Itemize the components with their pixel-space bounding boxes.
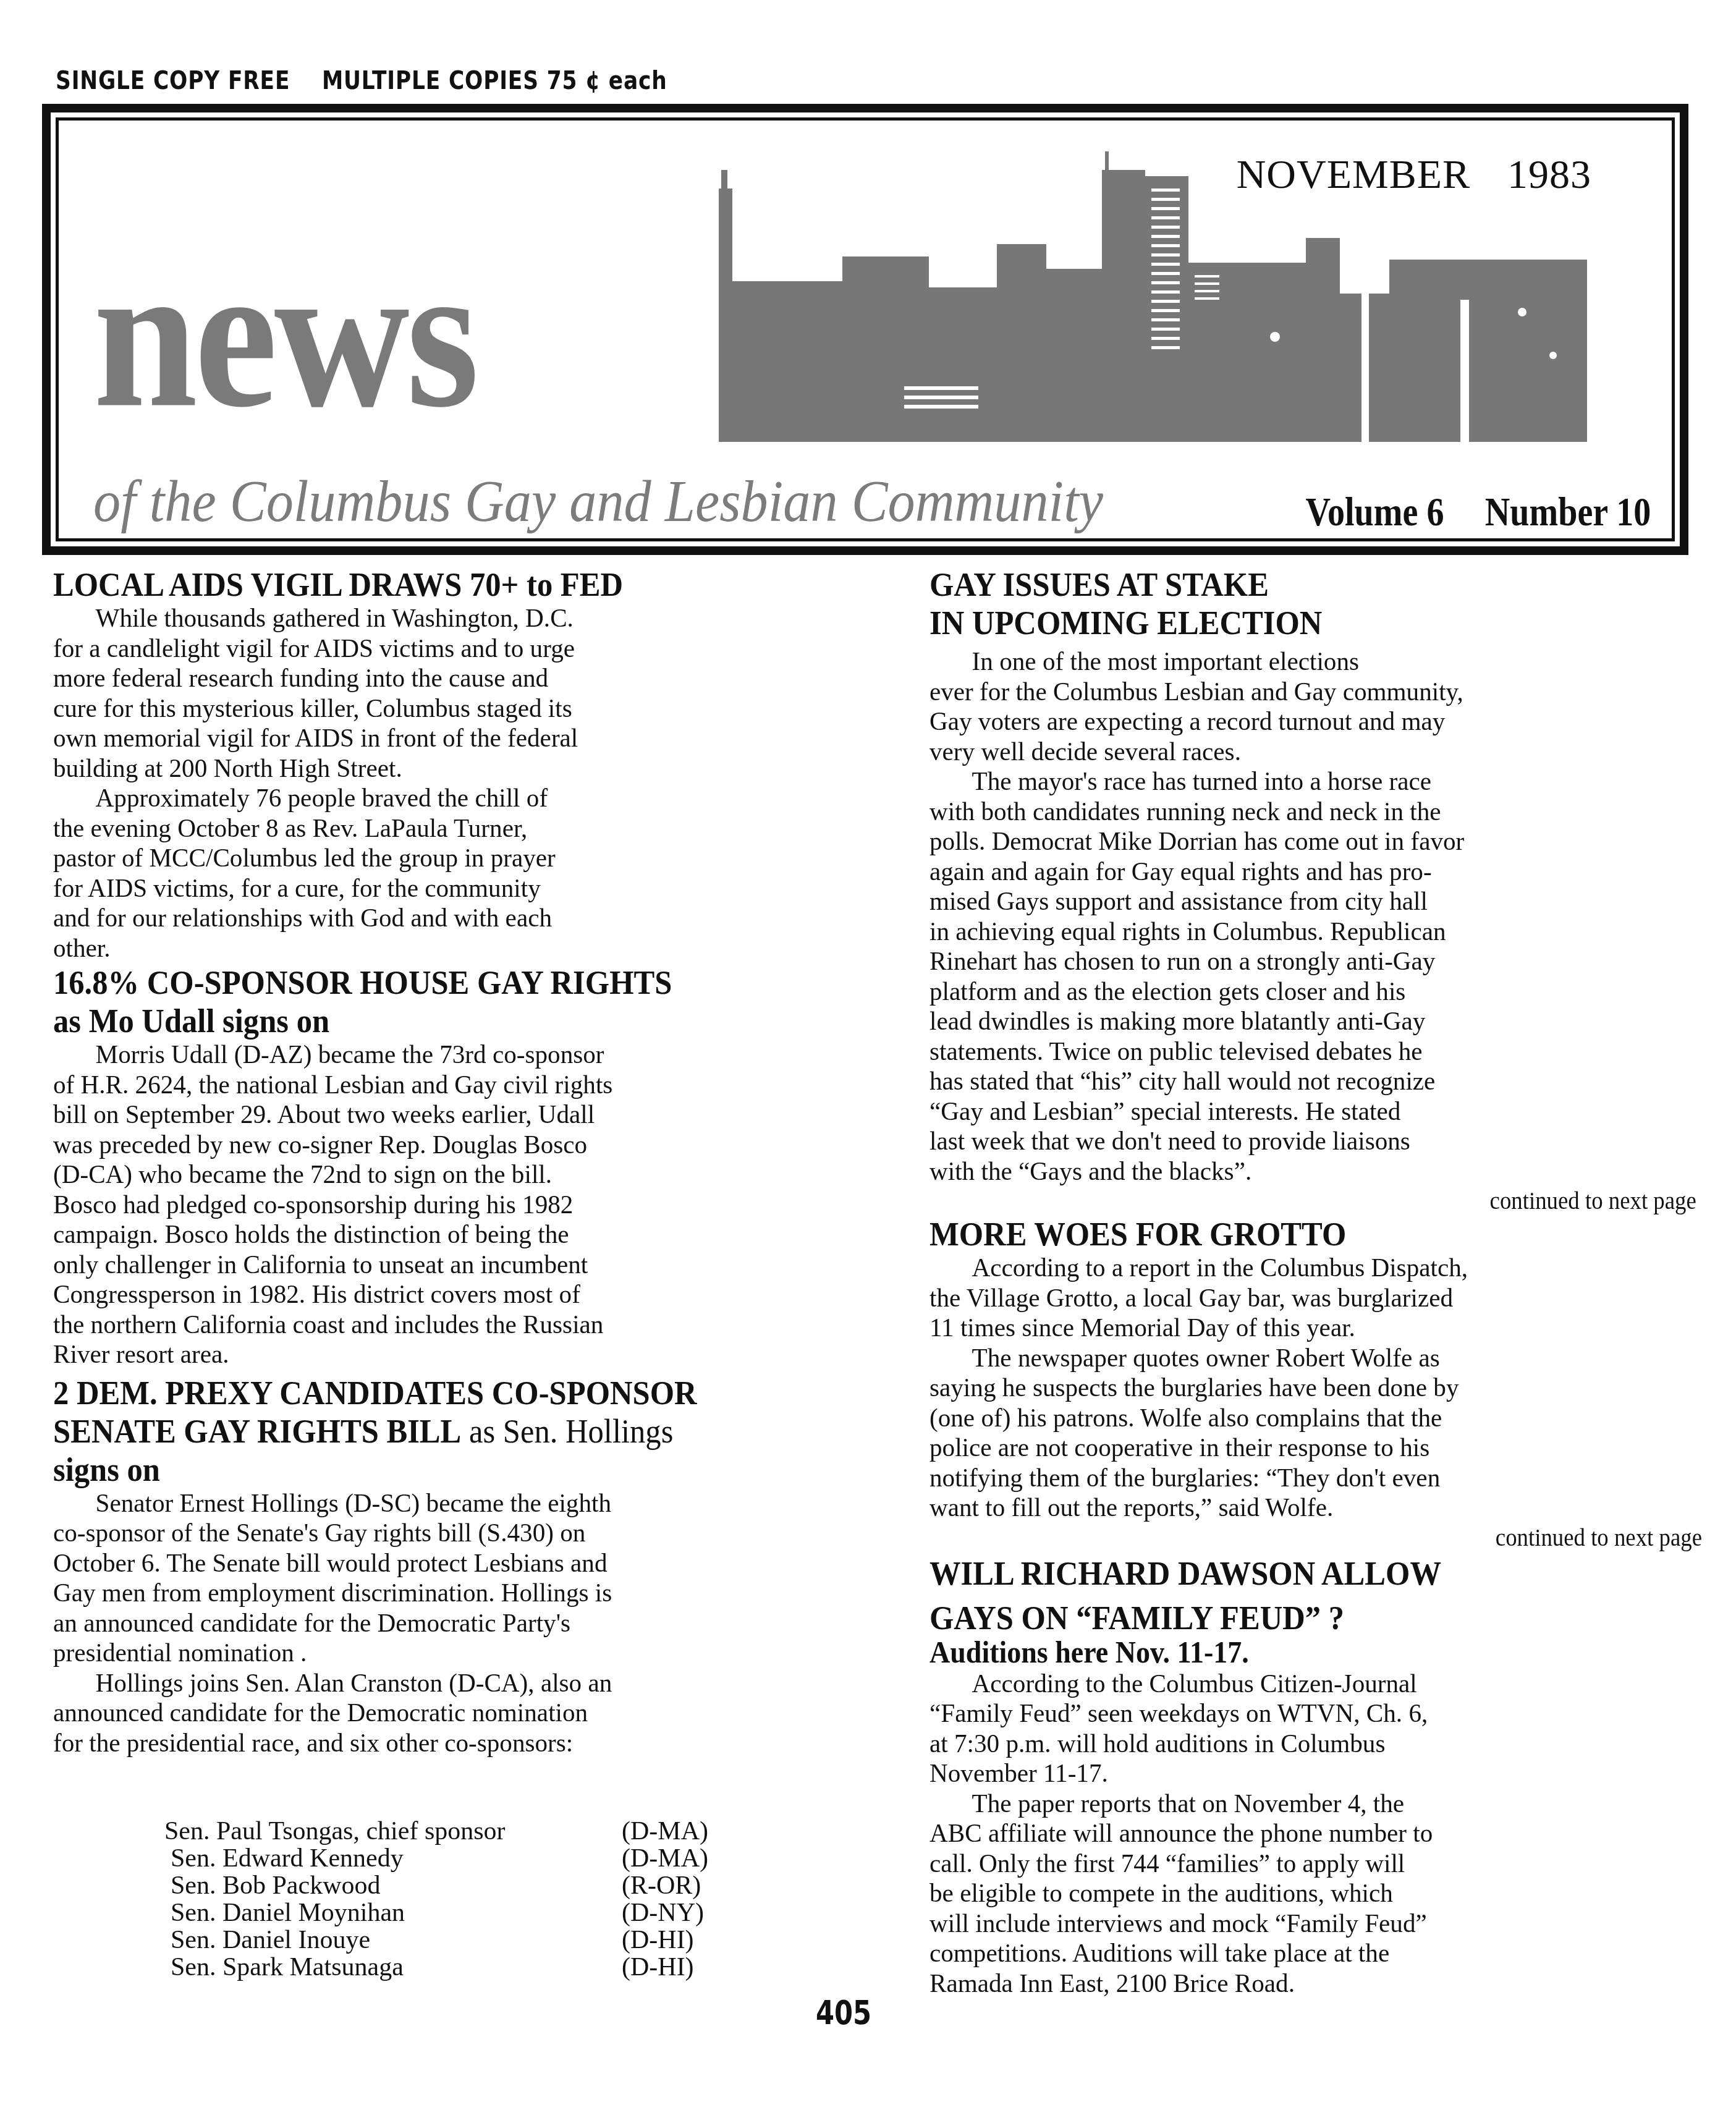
co-sponsor-row: Sen. Daniel Moynihan(D-NY) [164,1899,850,1926]
sponsor-party: (D-MA) [622,1818,745,1845]
text-line: The paper reports that on November 4, th… [929,1789,1687,1820]
text-line: the evening October 8 as Rev. LaPaula Tu… [53,814,834,844]
article-house-gay-rights: 16.8% CO-SPONSOR HOUSE GAY RIGHTS as Mo … [53,964,850,1370]
text-line: presidential nomination . [53,1638,834,1669]
left-column: LOCAL AIDS VIGIL DRAWS 70+ to FED While … [53,566,850,1981]
text-line: The mayor's race has turned into a horse… [929,767,1687,797]
article-headline: WILL RICHARD DAWSON ALLOW [929,1554,1640,1593]
article-headline: 16.8% CO-SPONSOR HOUSE GAY RIGHTS [53,964,787,1002]
text-line: own memorial vigil for AIDS in front of … [53,724,834,754]
text-line: Rinehart has chosen to run on a strongly… [929,947,1687,977]
text-line: lead dwindles is making more blatantly a… [929,1007,1687,1037]
text-line: According to a report in the Columbus Di… [929,1253,1687,1284]
article-paragraph: Senator Ernest Hollings (D-SC) became th… [53,1489,834,1669]
article-headline-line2: as Mo Udall signs on [53,1002,787,1040]
text-line: Hollings joins Sen. Alan Cranston (D-CA)… [53,1669,834,1699]
text-line: (one of) his patrons. Wolfe also complai… [929,1404,1687,1434]
text-line: statements. Twice on public televised de… [929,1037,1687,1067]
continued-link[interactable]: continued to next page [991,1187,1702,1215]
sponsor-name: Sen. Daniel Inouye [164,1926,622,1954]
co-sponsor-row: Sen. Daniel Inouye(D-HI) [164,1926,850,1954]
sponsor-party: (D-HI) [622,1954,745,1981]
text-line: Morris Udall (D-AZ) became the 73rd co-s… [53,1040,834,1070]
text-line: co-sponsor of the Senate's Gay rights bi… [53,1519,834,1549]
article-paragraph: According to the Columbus Citizen-Journa… [929,1669,1687,1789]
text-line: was preceded by new co-signer Rep. Dougl… [53,1130,834,1161]
text-line: The newspaper quotes owner Robert Wolfe … [929,1344,1687,1374]
text-line: ABC affiliate will announce the phone nu… [929,1819,1687,1849]
sponsor-name: Sen. Edward Kennedy [164,1845,622,1872]
article-paragraph: Morris Udall (D-AZ) became the 73rd co-s… [53,1040,834,1370]
co-sponsor-list: Sen. Paul Tsongas, chief sponsor(D-MA) S… [164,1818,850,1981]
text-line: notifying them of the burglaries: “They … [929,1464,1687,1494]
headline-normal-part: as Sen. Hollings [461,1412,673,1450]
article-headline-line3: signs on [53,1451,787,1489]
article-paragraph: The mayor's race has turned into a horse… [929,767,1687,1187]
text-line: platform and as the election gets closer… [929,977,1687,1007]
text-line: Congressperson in 1982. His district cov… [53,1280,834,1310]
text-line: Gay voters are expecting a record turnou… [929,707,1687,737]
article-headline: GAY ISSUES AT STAKE [929,566,1640,604]
sponsor-name: Sen. Paul Tsongas, chief sponsor [164,1818,622,1845]
text-line: competitions. Auditions will take place … [929,1939,1687,1969]
masthead: news [42,104,1688,555]
article-subhead: Auditions here Nov. 11-17. [929,1635,1640,1669]
text-line: of H.R. 2624, the national Lesbian and G… [53,1070,834,1101]
price-line: SINGLE COPY FREEMULTIPLE COPIES 75 ¢ eac… [56,67,699,95]
right-column: GAY ISSUES AT STAKE IN UPCOMING ELECTION… [929,566,1702,1999]
news-logo: news [93,232,476,440]
article-senate-gay-rights: 2 DEM. PREXY CANDIDATES CO-SPONSOR SENAT… [53,1374,850,1981]
logo-text: news [93,221,476,451]
text-line: pastor of MCC/Columbus led the group in … [53,844,834,874]
sponsor-party: (D-HI) [622,1926,745,1954]
article-headline-line2: SENATE GAY RIGHTS BILL as Sen. Hollings [53,1412,787,1451]
text-line: River resort area. [53,1340,834,1370]
text-line: last week that we don't need to provide … [929,1127,1687,1157]
text-line: (D-CA) who became the 72nd to sign on th… [53,1160,834,1190]
page-number: 405 [816,1993,871,2032]
text-line: Ramada Inn East, 2100 Brice Road. [929,1969,1687,1999]
text-line: very well decide several races. [929,737,1687,768]
text-line: saying he suspects the burglaries have b… [929,1373,1687,1404]
text-line: the Village Grotto, a local Gay bar, was… [929,1284,1687,1314]
article-paragraph: While thousands gathered in Washington, … [53,604,834,784]
masthead-inner-border: news [56,117,1675,541]
text-line: with both candidates running neck and ne… [929,797,1687,828]
sponsor-party: (D-NY) [622,1899,745,1926]
text-line: for a candlelight vigil for AIDS victims… [53,634,834,664]
text-line: want to fill out the reports,” said Wolf… [929,1493,1687,1523]
text-line: ever for the Columbus Lesbian and Gay co… [929,677,1687,708]
issue-date: NOVEMBER1983 [1237,151,1591,198]
co-sponsor-row: Sen. Edward Kennedy(D-MA) [164,1845,850,1872]
text-line: polls. Democrat Mike Dorrian has come ou… [929,827,1687,857]
article-headline: LOCAL AIDS VIGIL DRAWS 70+ to FED [53,566,787,604]
text-line: cure for this mysterious killer, Columbu… [53,694,834,724]
article-paragraph: Hollings joins Sen. Alan Cranston (D-CA)… [53,1669,834,1759]
article-grotto: MORE WOES FOR GROTTO According to a repo… [929,1215,1702,1552]
article-paragraph: Approximately 76 people braved the chill… [53,784,834,964]
article-aids-vigil: LOCAL AIDS VIGIL DRAWS 70+ to FED While … [53,566,850,964]
single-copy-text: SINGLE COPY FREE [56,67,290,95]
issue-year: 1983 [1507,152,1591,197]
text-line: announced candidate for the Democratic n… [53,1698,834,1729]
masthead-tagline: of the Columbus Gay and Lesbian Communit… [93,467,1103,535]
article-headline-line2: GAYS ON “FAMILY FEUD” ? [929,1601,1640,1635]
text-line: only challenger in California to unseat … [53,1250,834,1281]
text-line: again and again for Gay equal rights and… [929,857,1687,888]
text-line: for AIDS victims, for a cure, for the co… [53,874,834,904]
text-line: campaign. Bosco holds the distinction of… [53,1220,834,1250]
text-line: Approximately 76 people braved the chill… [53,784,834,814]
multiple-copies-text: MULTIPLE COPIES 75 ¢ each [322,67,667,95]
article-election: GAY ISSUES AT STAKE IN UPCOMING ELECTION… [929,566,1702,1215]
article-paragraph: The paper reports that on November 4, th… [929,1789,1687,1999]
text-line: with the “Gays and the blacks”. [929,1157,1687,1187]
text-line: the northern California coast and includ… [53,1310,834,1341]
text-line: other. [53,934,834,964]
article-paragraph: The newspaper quotes owner Robert Wolfe … [929,1344,1687,1523]
article-paragraph: According to a report in the Columbus Di… [929,1253,1687,1344]
article-family-feud: WILL RICHARD DAWSON ALLOW GAYS ON “FAMIL… [929,1554,1702,1999]
co-sponsor-row: Sen. Spark Matsunaga(D-HI) [164,1954,850,1981]
text-line: at 7:30 p.m. will hold auditions in Colu… [929,1729,1687,1760]
headline-bold-part: SENATE GAY RIGHTS BILL [53,1412,461,1450]
text-line: While thousands gathered in Washington, … [53,604,834,634]
text-line: Gay men from employment discrimination. … [53,1578,834,1609]
co-sponsor-row: Sen. Bob Packwood(R-OR) [164,1872,850,1899]
text-line: Senator Ernest Hollings (D-SC) became th… [53,1489,834,1519]
text-line: police are not cooperative in their resp… [929,1433,1687,1464]
sponsor-name: Sen. Spark Matsunaga [164,1954,622,1981]
text-line: more federal research funding into the c… [53,664,834,694]
text-line: According to the Columbus Citizen-Journa… [929,1669,1687,1700]
sponsor-name: Sen. Bob Packwood [164,1872,622,1899]
text-line: and for our relationships with God and w… [53,904,834,934]
text-line: be eligible to compete in the auditions,… [929,1879,1687,1909]
text-line: November 11-17. [929,1759,1687,1789]
co-sponsor-row: Sen. Paul Tsongas, chief sponsor(D-MA) [164,1818,850,1845]
article-headline: MORE WOES FOR GROTTO [929,1215,1640,1253]
text-line: Bosco had pledged co-sponsorship during … [53,1190,834,1221]
text-line: “Gay and Lesbian” special interests. He … [929,1097,1687,1127]
text-line: call. Only the first 744 “families” to a… [929,1849,1687,1879]
text-line: building at 200 North High Street. [53,754,834,784]
number-label: Number 10 [1484,489,1651,535]
sponsor-party: (D-MA) [622,1845,745,1872]
sponsor-party: (R-OR) [622,1872,745,1899]
text-line: 11 times since Memorial Day of this year… [929,1313,1687,1344]
text-line: mised Gays support and assistance from c… [929,887,1687,917]
text-line: October 6. The Senate bill would protect… [53,1549,834,1579]
volume-label: Volume 6 [1305,489,1444,535]
article-headline-line2: IN UPCOMING ELECTION [929,604,1640,642]
text-line: an announced candidate for the Democrati… [53,1609,834,1639]
issue-month: NOVEMBER [1237,152,1470,197]
sponsor-name: Sen. Daniel Moynihan [164,1899,622,1926]
volume-number: Volume 6Number 10 [1305,489,1651,536]
text-line: has stated that “his” city hall would no… [929,1067,1687,1097]
text-line: In one of the most important elections [929,647,1687,677]
text-line: for the presidential race, and six other… [53,1729,834,1759]
article-paragraph: In one of the most important elections e… [929,647,1687,767]
text-line: “Family Feud” seen weekdays on WTVN, Ch.… [929,1699,1687,1729]
text-line: in achieving equal rights in Columbus. R… [929,917,1687,947]
continued-link[interactable]: continued to next page [991,1523,1702,1552]
article-headline: 2 DEM. PREXY CANDIDATES CO-SPONSOR [53,1374,787,1412]
text-line: will include interviews and mock “Family… [929,1909,1687,1939]
text-line: bill on September 29. About two weeks ea… [53,1100,834,1130]
